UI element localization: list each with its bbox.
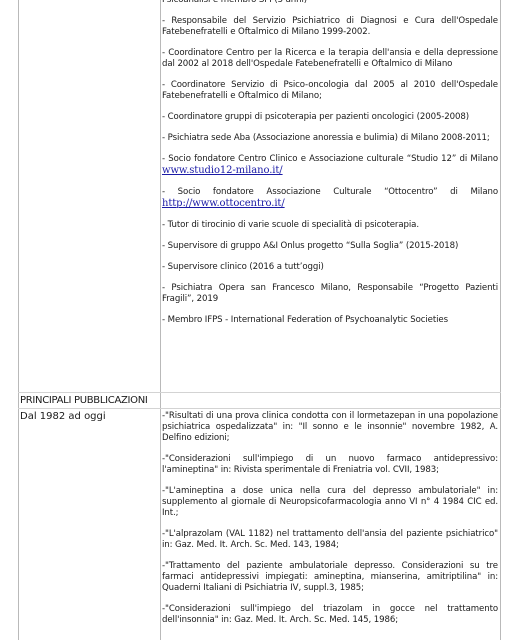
experience-item: - Coordinatore Centro per la Ricerca e l…: [162, 48, 498, 70]
publication-item: -"Considerazioni sull'impiego del triazo…: [162, 604, 498, 626]
experience-cell: Psicoanalisi e membro SPI (5 anni) - Res…: [162, 0, 498, 336]
experience-text: - Socio fondatore Centro Clinico e Assoc…: [162, 154, 498, 164]
publications-cell: -"Risultati di una prova clinica condott…: [162, 411, 498, 636]
experience-item: - Membro IFPS - International Federation…: [162, 315, 498, 326]
experience-text: - Socio fondatore Associazione Culturale…: [162, 187, 498, 197]
publication-item: -"Risultati di una prova clinica condott…: [162, 411, 498, 444]
row-separator: [18, 408, 501, 409]
experience-item: - Supervisore di gruppo A&I Onlus proget…: [162, 241, 498, 252]
experience-item: - Supervisore clinico (2016 a tutt’oggi): [162, 262, 498, 273]
publication-item: -"L'amineptina a dose unica nella cura d…: [162, 486, 498, 519]
table-column-divider: [160, 0, 161, 640]
experience-item: - Responsabile del Servizio Psichiatrico…: [162, 16, 498, 38]
experience-item-ottocentro: - Socio fondatore Associazione Culturale…: [162, 187, 498, 210]
experience-item-studio12: - Socio fondatore Centro Clinico e Assoc…: [162, 154, 498, 177]
experience-item: Psicoanalisi e membro SPI (5 anni): [162, 0, 498, 6]
publication-item: -"Trattamento del paziente ambulatoriale…: [162, 561, 498, 594]
publication-item: -"Considerazioni sull'impiego di un nuov…: [162, 454, 498, 476]
experience-item: - Tutor di tirocinio di varie scuole di …: [162, 220, 498, 231]
ottocentro-link[interactable]: http://www.ottocentro.it/: [162, 198, 285, 209]
experience-item: - Psichiatra Opera san Francesco Milano,…: [162, 283, 498, 305]
table-border-right: [500, 0, 501, 640]
document-page: Psicoanalisi e membro SPI (5 anni) - Res…: [0, 0, 517, 640]
publication-item: -"L'alprazolam (VAL 1182) nel trattament…: [162, 529, 498, 551]
studio12-link[interactable]: www.studio12-milano.it/: [162, 165, 283, 176]
experience-item: - Psichiatra sede Aba (Associazione anor…: [162, 133, 498, 144]
row-separator: [18, 392, 501, 393]
table-border-left: [18, 0, 19, 640]
section-heading: PRINCIPALI PUBBLICAZIONI: [20, 395, 158, 407]
period-label: Dal 1982 ad oggi: [20, 411, 158, 423]
experience-item: - Coordinatore Servizio di Psico-oncolog…: [162, 80, 498, 102]
experience-item: - Coordinatore gruppi di psicoterapia pe…: [162, 112, 498, 123]
